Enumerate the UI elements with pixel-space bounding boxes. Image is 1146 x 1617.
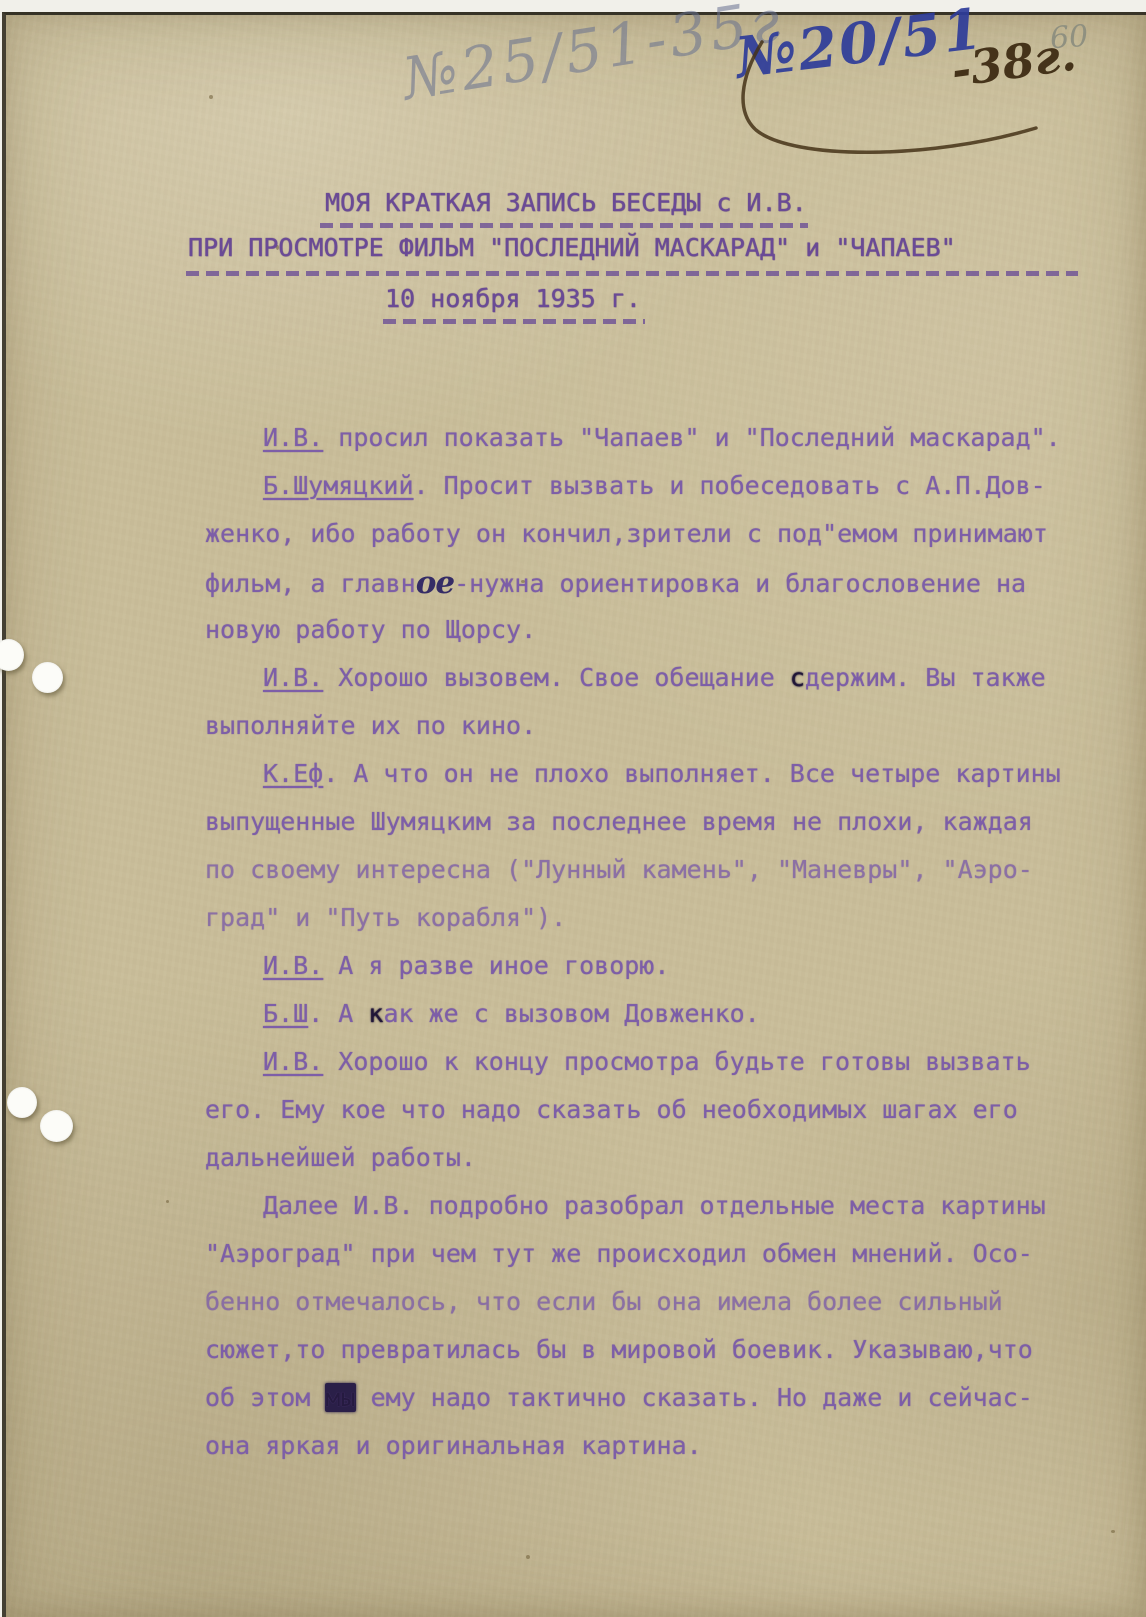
text-segment-hand: ое [416,559,454,607]
text-segment: сюжет,то превратилась бы в мировой боеви… [205,1335,1033,1364]
punch-hole [40,1110,73,1142]
document-line: выпущенные Шумяцким за последнее время н… [205,798,1105,846]
document-line: новую работу по Щорсу. [205,606,1105,654]
document-line: Б.Шумяцкий. Просит вызвать и побеседоват… [205,462,1105,510]
text-segment: град" и "Путь корабля"). [205,903,566,932]
text-segment: просил показать "Чапаев" и "Последний ма… [323,423,1061,452]
text-segment: ак же с вызовом Довженко. [383,999,759,1028]
text-segment: фильм, а главн [205,569,416,598]
document-line: бенно отмечалось, что если бы она имела … [205,1278,1105,1326]
document-line: К.Еф. А что он не плохо выполняет. Все ч… [205,750,1105,798]
text-segment-u: И.В. [263,951,323,980]
text-segment: выполняйте их по кино. [205,711,536,740]
text-segment: по своему интересна ("Лунный камень", "М… [205,855,1033,884]
text-segment: женко, ибо работу он кончил,зрители с по… [205,519,1048,548]
text-segment-u: И.В. [263,663,323,692]
text-segment: . А [308,999,368,1028]
text-segment: его. Ему кое что надо сказать об необход… [205,1095,1018,1124]
punch-hole [7,1087,37,1118]
text-segment: . Просит вызвать и побеседовать с А.П.До… [414,471,1046,500]
text-segment: новую работу по Щорсу. [205,615,536,644]
text-segment: об этом [205,1383,325,1412]
text-segment-u: И.В. [263,1047,323,1076]
document-line: И.В. Хорошо к концу просмотра будьте гот… [205,1038,1105,1086]
document-line: об этом мы ему надо тактично сказать. Но… [205,1374,1105,1422]
title-underline-1 [320,223,808,228]
text-segment-u: Б.Ш [263,999,308,1028]
punch-hole [32,662,63,693]
text-segment: Хорошо к концу просмотра будьте готовы в… [323,1047,1030,1076]
text-segment-u: И.В. [263,423,323,452]
document-line: град" и "Путь корабля"). [205,894,1105,942]
document-scan: №25/51-35г №20/51 -38г. 60 МОЯ КРАТКАЯ З… [0,0,1146,1617]
document-line: выполняйте их по кино. [205,702,1105,750]
text-segment-blackout: мы [325,1383,355,1412]
paper-speck [1111,1530,1115,1533]
document-line: фильм, а главное-нужна ориентировка и бл… [205,558,1105,606]
text-segment-blotch: к [368,999,383,1028]
page-number: 60 [1049,19,1090,57]
title-underline-2 [186,271,1078,276]
text-segment-u: Б.Шумяцкий [263,471,414,500]
text-segment: она яркая и оригинальная картина. [205,1431,702,1460]
document-line: И.В. А я разве иное говорю. [205,942,1105,990]
document-body: И.В. просил показать "Чапаев" и "Последн… [205,414,1105,1470]
document-line: она яркая и оригинальная картина. [205,1422,1105,1470]
document-line: Далее И.В. подробно разобрал отдельные м… [205,1182,1105,1230]
text-segment: дальнейшей работы. [205,1143,476,1172]
document-line: сюжет,то превратилась бы в мировой боеви… [205,1326,1105,1374]
document-line: женко, ибо работу он кончил,зрители с по… [205,510,1105,558]
text-segment: -нужна ориентировка и благословение на [454,569,1026,598]
document-line: по своему интересна ("Лунный камень", "М… [205,846,1105,894]
title-line-1: МОЯ КРАТКАЯ ЗАПИСЬ БЕСЕДЫ с И.В. [325,188,807,217]
document-line: И.В. просил показать "Чапаев" и "Последн… [205,414,1105,462]
title-underline-3 [383,319,645,324]
text-segment: Хорошо вызовем. Свое обещание [323,663,790,692]
paper-speck [526,1555,530,1559]
text-segment: А я разве иное говорю. [323,951,669,980]
text-segment: выпущенные Шумяцким за последнее время н… [205,807,1033,836]
title-line-2: ПРИ ПРОСМОТРЕ ФИЛЬМ "ПОСЛЕДНИЙ МАСКАРАД"… [188,233,956,262]
document-line: дальнейшей работы. [205,1134,1105,1182]
text-segment: ему надо тактично сказать. Но даже и сей… [356,1383,1033,1412]
document-line: И.В. Хорошо вызовем. Свое обещание сдерж… [205,654,1105,702]
text-segment: Далее И.В. подробно разобрал отдельные м… [263,1191,1046,1220]
document-line: его. Ему кое что надо сказать об необход… [205,1086,1105,1134]
text-segment: держим. Вы также [805,663,1046,692]
document-line: "Аэроград" при чем тут же происходил обм… [205,1230,1105,1278]
text-segment: "Аэроград" при чем тут же происходил обм… [205,1239,1033,1268]
document-line: Б.Ш. А как же с вызовом Довженко. [205,990,1105,1038]
text-segment: . А что он не плохо выполняет. Все четыр… [323,759,1061,788]
paper-speck [166,1200,169,1203]
text-segment-blotch: с [790,663,805,692]
text-segment: бенно отмечалось, что если бы она имела … [205,1287,1003,1316]
paper-speck [209,95,213,99]
title-date: 10 ноября 1935 г. [385,284,641,313]
text-segment-u: К.Еф [263,759,323,788]
